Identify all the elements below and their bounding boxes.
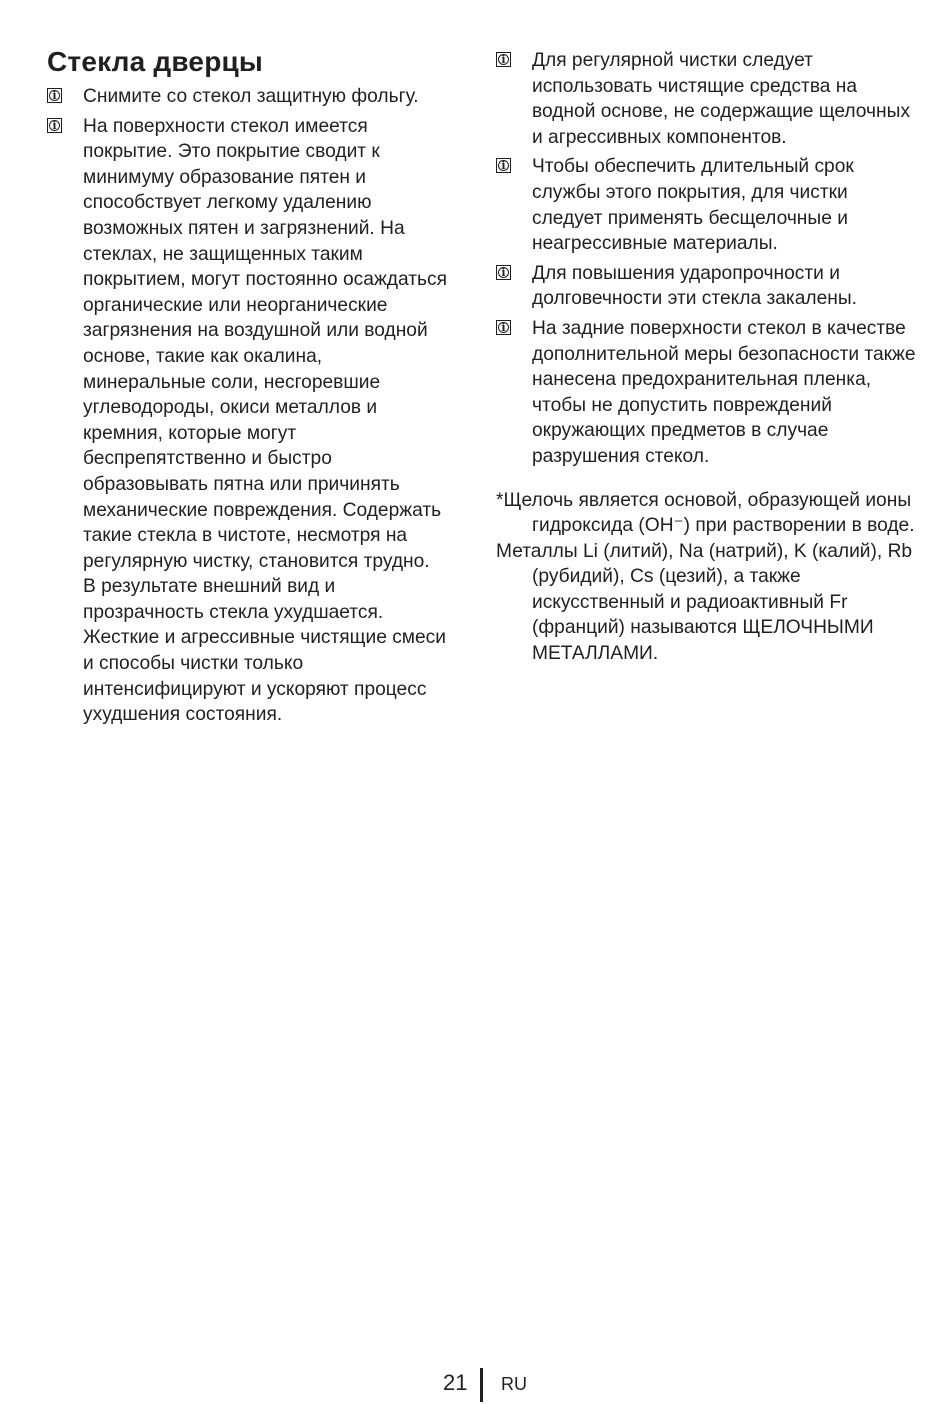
info-item: i Снимите со стекол защитную фольгу. [47,84,447,110]
section-title: Стекла дверцы [47,44,447,80]
info-text: Для регулярной чистки следует использова… [532,50,910,148]
footnote-alkali-metals: Металлы Li (литий), Na (натрий), K (кали… [496,539,921,667]
info-item: i Чтобы обеспечить длительный срок служб… [496,154,921,256]
right-column: i Для регулярной чистки следует использо… [496,48,921,667]
language-code: RU [501,1374,527,1395]
info-icon: i [496,265,511,280]
page-number: 21 [443,1370,467,1396]
info-text: На задние поверхности стекол в качестве … [532,318,916,467]
info-text: Снимите со стекол защитную фольгу. [83,86,419,107]
footnote-alkali: *Щелочь является основой, образующей ион… [496,488,921,539]
info-text: Чтобы обеспечить длительный срок службы … [532,156,854,254]
footer-divider [480,1368,483,1402]
info-item: i На задние поверхности стекол в качеств… [496,316,921,470]
info-icon: i [496,320,511,335]
page-footer: 21 RU [0,1368,950,1402]
info-icon: i [496,52,511,67]
info-item: i Для регулярной чистки следует использо… [496,48,921,150]
info-icon: i [47,118,62,133]
info-item: i На поверхности стекол имеется покрытие… [47,114,447,728]
info-icon: i [496,158,511,173]
left-column: Стекла дверцы i Снимите со стекол защитн… [47,44,447,732]
info-text: Для повышения ударопрочности и долговечн… [532,263,857,310]
info-text: На поверхности стекол имеется покрытие. … [83,116,447,726]
info-icon: i [47,88,62,103]
info-item: i Для повышения ударопрочности и долгове… [496,261,921,312]
